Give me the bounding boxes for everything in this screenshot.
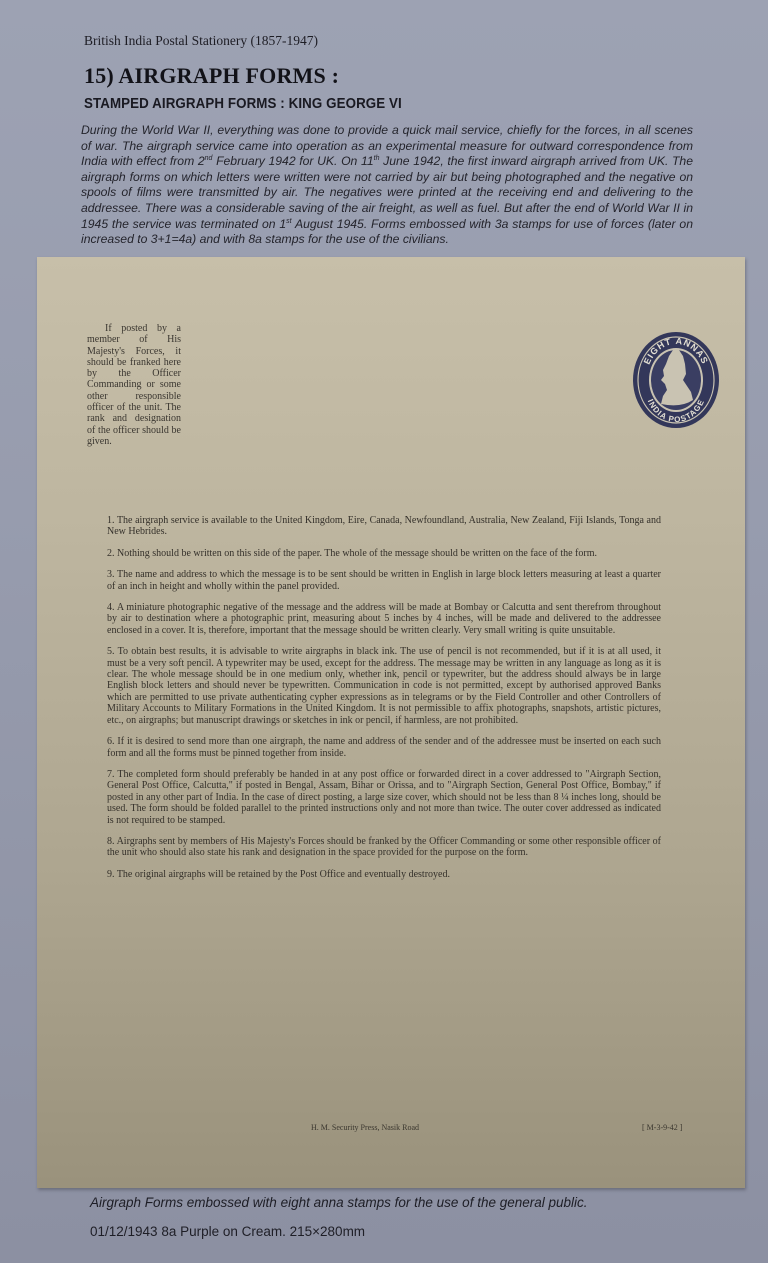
instruction-item: 8. Airgraphs sent by members of His Maje…	[107, 836, 661, 859]
press-imprint: H. M. Security Press, Nasik Road	[311, 1123, 419, 1132]
instructions-list: 1. The airgraph service is available to …	[107, 515, 661, 890]
item-specs: 01/12/1943 8a Purple on Cream. 215×280mm	[90, 1224, 365, 1239]
embossed-stamp: EIGHT ANNAS INDIA POSTAGE	[631, 328, 721, 429]
collection-title: British India Postal Stationery (1857-19…	[84, 33, 318, 49]
instruction-item: 3. The name and address to which the mes…	[107, 569, 661, 592]
section-title: 15) AIRGRAPH FORMS :	[84, 63, 339, 89]
king-george-vi-profile-icon: EIGHT ANNAS INDIA POSTAGE	[631, 328, 721, 429]
instruction-item: 2. Nothing should be written on this sid…	[107, 548, 661, 559]
instruction-item: 5. To obtain best results, it is advisab…	[107, 646, 661, 726]
instruction-item: 6. If it is desired to send more than on…	[107, 736, 661, 759]
airgraph-form-sheet: If posted by a member of His Majesty's F…	[37, 257, 745, 1188]
instruction-item: 7. The completed form should preferably …	[107, 769, 661, 826]
franking-note: If posted by a member of His Majesty's F…	[87, 323, 181, 447]
instruction-item: 1. The airgraph service is available to …	[107, 515, 661, 538]
instruction-item: 4. A miniature photographic negative of …	[107, 602, 661, 636]
section-subtitle: STAMPED AIRGRAPH FORMS : KING GEORGE VI	[84, 96, 402, 112]
intro-paragraph: During the World War II, everything was …	[81, 123, 693, 248]
form-code: [ M-3-9-42 ]	[642, 1123, 682, 1132]
item-caption: Airgraph Forms embossed with eight anna …	[90, 1195, 588, 1210]
instruction-item: 9. The original airgraphs will be retain…	[107, 869, 661, 880]
